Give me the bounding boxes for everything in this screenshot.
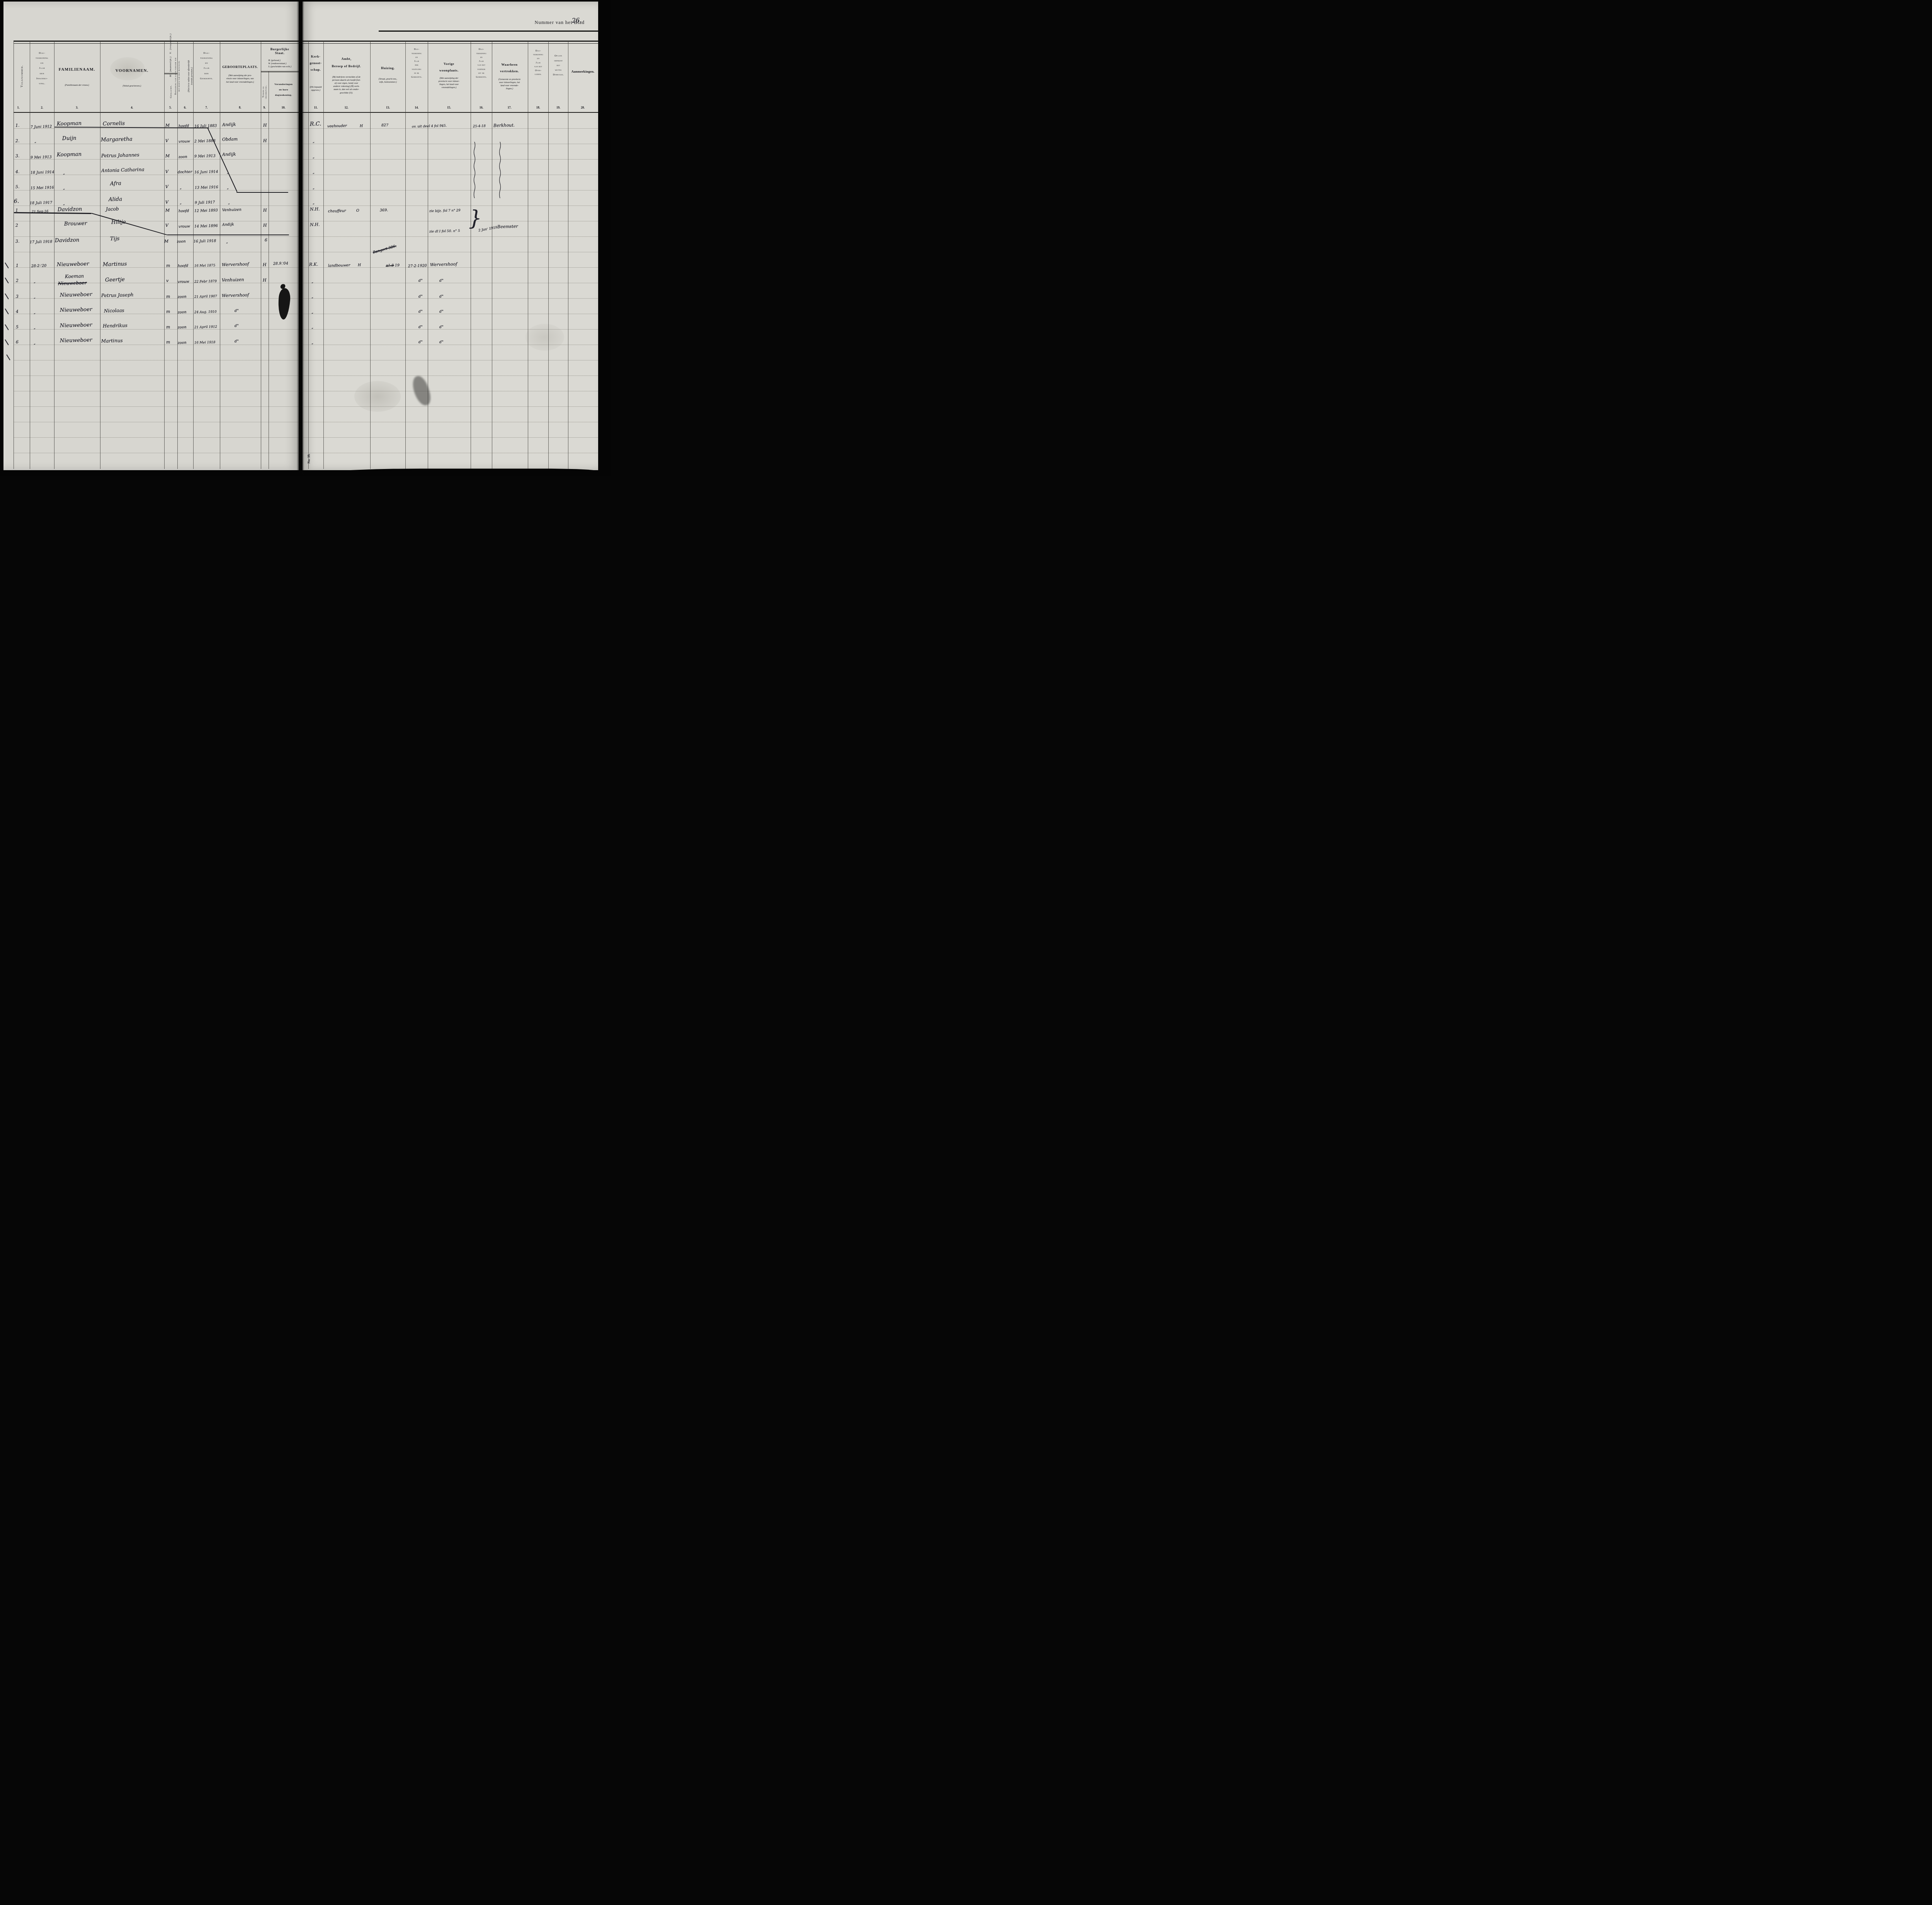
entry-datum-ditto: „ [34,295,36,299]
entry-kerkgenootschap: R.C. [310,121,321,127]
group-divider [261,71,299,71]
entry-geboortedatum: 21 April 1907 [194,294,217,299]
entry-familienaam: Koopman [57,120,82,127]
col3-number: 3. [76,106,78,109]
entry-familienaam-ditto: „ [63,186,65,190]
entry-geslacht: V [165,184,168,189]
entry-geslacht: v [166,278,169,283]
entry-burgerlijke-staat: H [263,278,267,283]
col12-subnote: (Bij bedrijven vermelden of de persoon d… [332,76,361,95]
entry-geslacht: M [164,239,169,244]
form-number: No. 39. [307,454,311,464]
entry-geslacht: m [166,294,170,299]
col-line [308,41,309,469]
col9-10-legend: H. (gehuwd.) W. (weduwenstaat.) S. (gesc… [268,59,291,68]
page-fold [297,0,304,476]
entry-volgnummer: 6 [16,340,19,345]
entry-geboortedatum: 16 Mei 1875 [194,263,216,268]
entry-datum: 18 Juli 1917 [30,201,53,206]
col19-number: 19. [556,106,560,109]
col1-number: 1. [17,106,19,109]
col14-header: Dag- teekening en Jaar der vestiging in … [411,48,422,79]
col17-subnote: (Gemeente en provincie voor inboorlingen… [498,78,520,90]
entry-kerkgenootschap: R.K. [309,262,318,267]
entry-familienaam: Nieuweboer [60,306,92,313]
entry-kerk-ditto: „ [311,341,313,345]
col10-number: 10. [282,106,286,109]
entry-familienaam: Nieuweboer [57,261,89,268]
col10-header: Veranderingen en hare dagteekening. [274,82,293,98]
row-guides [303,113,598,468]
col14-number: 14. [415,106,418,109]
col18-number: 18. [536,106,540,109]
entry-volgnummer: 1 [16,263,19,268]
entry-kerk-ditto: „ [311,325,313,330]
entry-geboorteplaats: Wervershoof [222,262,249,267]
col12-number: 12. [344,106,348,109]
col15-subnote: (Met aanwijzing der provincie voor inboo… [439,77,459,89]
group-divider [261,72,299,72]
entry-betrekking: hoofd [179,209,189,214]
entry-geboortedatum: 24 Aug. 1910 [194,310,217,314]
entry-geboorteplaats: Obdam [222,136,238,142]
col13-header: Huizing. [381,66,395,70]
entry-geboorteplaats: Wervershoof [222,292,249,298]
col13-subnote: (Straat, gracht enz., wijk, huisnommer.) [379,78,397,84]
scan-edge [0,0,3,476]
col20-header: Aanmerkingen. [571,70,594,73]
entry-betrekking: vrouw [179,224,190,229]
col-line [370,41,371,469]
col5-number: 5. [169,106,172,109]
entry-geslacht: M [165,153,170,158]
entry-geslacht: m [166,309,170,314]
col4-subnote: (Voluit geschreven.) [123,85,141,88]
col8-subnote: (Met aanwijzing der pro- vincie voor inb… [226,74,254,83]
entry-vestiging-ditto: d° [418,325,423,329]
scan-edge [598,0,611,476]
entry-datum: 7 Juni 1912 [31,124,52,129]
col17-header: Waarheen vertrokken. [500,61,519,75]
col9-header: Tijdens de inschrijving. [262,85,267,99]
entry-voornamen: Nicolaas [104,308,124,313]
entry-voornamen: Martinus [102,261,127,268]
entry-familienaam-ditto: „ [63,171,65,175]
entry-vestiging-datum: 27-2-1920 [408,263,427,268]
entry-datum: 15 Mei 1916 [31,185,54,190]
col16-number: 16. [480,106,483,109]
entry-vertrek-datum: 25-4-18 [473,124,486,128]
col11-number: 11. [314,106,318,109]
entry-betrekking: hoofd [178,264,188,269]
scan-edge [0,0,611,2]
entry-volgnummer: 4 [16,309,19,314]
entry-geslacht: V [165,223,168,228]
entry-huizing: 369. [380,208,388,213]
entry-kerk-ditto: „ [313,201,315,205]
entry-waarheen: Beemster [497,224,518,229]
col-line [14,41,14,469]
entry-datum: 18 Juni 1914 [31,170,54,175]
entry-volgnummer: 3 [16,294,19,299]
entry-geboortedatum: 16 Mei 1918 [194,340,216,345]
entry-beroep: landbouwer [328,263,350,268]
entry-familienaam: Davidzon [57,206,82,213]
table-rule [14,112,598,113]
entry-familienaam: Nieuweboer [60,337,92,344]
entry-familienaam: Nieuweboer [60,321,92,328]
entry-geboorteplaats-ditto: d° [235,339,239,343]
col19-header: Opgave omtrent het wettig Domicilie. [553,54,564,77]
entry-voornamen: Alida [109,196,122,203]
entry-betrekking: zoon [178,295,187,299]
entry-familienaam-struck: Nieuweboer [58,280,87,286]
entry-volgnummer: 6. [14,198,19,204]
entry-geboortedatum: 16 Juli 1918 [194,239,216,244]
entry-vorige-woonplaats-ditto: d° [439,325,444,329]
entry-geboorteplaats: Andijk [222,152,236,157]
header-rule [379,31,598,32]
entry-geboortedatum: 16 Juni 1914 [194,170,218,175]
blad-number: 26. [571,16,582,24]
entry-geslacht: m [166,325,170,330]
col6-number: 6. [184,106,186,109]
entry-beroep-marker: O [356,209,359,213]
entry-vorige-woonplaats-ditto: d° [439,294,444,299]
col7-header: Dag- teekening en Jaar der Geboorte. [200,51,213,82]
entry-geboortedatum: 12 Mei 1893 [194,208,218,213]
entry-geboorteplaats-ditto: „ [228,201,230,205]
col16-header: Dag- teekening en Jaar van het vertrek u… [476,48,487,79]
entry-voornamen: Petrus Johannes [101,152,139,158]
entry-burgerlijke-staat: H [263,207,267,212]
entry-kerk-ditto: „ [313,170,315,175]
entry-voornamen: Jacob [105,206,119,212]
entry-voornamen: Afra [110,180,121,187]
entry-kerk-ditto: „ [313,155,315,159]
entry-burgerlijke-staat: H [263,138,267,143]
entry-vestiging-ditto: d° [418,294,423,299]
entry-vorige-woonplaats-ditto: d° [439,279,444,283]
col2-number: 2. [41,106,43,109]
entry-vorige-woonplaats: ov. uit deel 4 fol 945. [412,124,447,129]
entry-geboorteplaats: Venhuizen [222,207,241,212]
entry-kerk-ditto: „ [311,310,313,314]
entry-vestiging-ditto: d° [418,279,423,283]
col-line [492,41,492,469]
entry-beroep-marker: H [360,124,363,128]
col1-header: Volgnommer. [20,65,24,87]
entry-geboortedatum: 21 April 1912 [194,325,217,330]
col2-header: Dag- teekening en Jaar der Inschrij- vin… [36,51,48,87]
entry-geboorteplaats: Andijk [222,222,234,227]
entry-beroep: chauffeur [328,209,346,214]
entry-betrekking-ditto: „ [180,201,182,205]
col8-header: GEBOORTEPLAATS. [222,65,258,69]
col-line [177,41,178,469]
col4-header: VOORNAMEN. [116,69,149,73]
entry-datum-ditto: „ [34,139,36,144]
col-line [471,41,471,469]
entry-burgerlijke-staat: H [263,223,267,228]
strike-line [167,235,289,235]
col-line [405,41,406,469]
row-guides [14,113,299,468]
entry-volgnummer: 3. [15,239,19,244]
entry-kerk-ditto: „ [311,280,313,284]
entry-familienaam: Nieuweboer [60,291,92,298]
entry-kerk-ditto: „ [313,139,315,144]
entry-datum-ditto: „ [34,311,36,315]
entry-geboorteplaats-ditto: d° [235,324,239,328]
col7-number: 7. [205,106,207,109]
col-line [269,71,269,469]
col-line [164,41,165,469]
col-line [220,41,220,469]
col13-number: 13. [386,106,390,109]
entry-vorige-woonplaats-ditto: d° [439,309,444,314]
entry-geboortedatum: 14 Mei 1896 [194,224,218,229]
col3-header: FAMILIENAAM. [59,68,95,72]
entry-voornamen: Margaretha [101,136,133,143]
col-line [548,41,549,469]
col6-header: Betrekking van elken persoon tot het hoo… [174,58,181,95]
entry-voornamen: Antonia Catharina [101,167,145,173]
entry-voornamen: Cornelis [102,120,125,127]
entry-geboorteplaats-ditto: d° [235,309,239,313]
entry-geslacht: V [165,169,168,174]
col-line [323,41,324,469]
entry-geslacht: m [166,263,170,268]
col4-number: 4. [131,106,133,109]
ditto-squiggle [473,142,476,198]
entry-vestiging-ditto: d° [418,340,423,344]
entry-geslacht: m [166,340,170,345]
col17-number: 17. [508,106,512,109]
col-line [30,41,30,469]
col-line [54,41,54,469]
entry-verandering-datum: 28.9.'04 [273,261,288,266]
entry-geboortedatum: 13 Mei 1916 [195,185,218,190]
entry-kerkgenootschap: N.H. [310,222,320,227]
col6-subnote: (Niet in te vullen voor afzonderlijk lev… [187,58,194,95]
col20-number: 20. [581,106,585,109]
entry-volgnummer: 1. [15,123,19,128]
entry-voornamen: Tijs [110,236,119,242]
entry-huizing: 827 [381,123,388,127]
entry-volgnummer: 5 [16,325,19,330]
entry-beroep: veehouder [327,124,347,128]
entry-familienaam: Brouwer [64,220,87,227]
col8-number: 8. [239,106,241,109]
entry-geboortedatum: 9 Juli 1917 [195,200,215,205]
entry-betrekking: zoon [179,155,187,159]
entry-betrekking: dochter [178,170,192,175]
entry-betrekking: zoon [178,325,187,330]
entry-familienaam-correction: Koeman [65,273,84,279]
entry-datum-ditto: „ [34,326,36,330]
entry-kerk-ditto: „ [313,186,315,190]
entry-burgerlijke-staat: H [263,262,267,267]
entry-betrekking: vrouw [178,279,189,284]
entry-datum: 9 Mei 1913 [31,155,52,160]
col15-header: Vorige woonplaats. [439,61,459,74]
entry-kerkgenootschap: N.H. [310,207,320,212]
col15-number: 15. [447,106,451,109]
entry-volgnummer: 2 [15,223,18,228]
col9-10-group-header: Burgerlijke Staat. [270,47,289,55]
col11-header: Kerk- genoot- schap. [310,53,321,73]
entry-geboorteplaats: Venhuizen [222,277,244,283]
entry-datum: 28-2-'20 [31,264,46,269]
entry-datum: 17 Juli 1918 [30,240,53,245]
col11-subnote: (Elk bepaald opgeven.) [310,86,322,92]
entry-geboorteplaats-ditto: „ [226,240,228,244]
entry-volgnummer: 3. [15,153,19,158]
entry-voornamen: Hendrikus [102,323,127,329]
entry-betrekking: zoon [178,310,187,314]
entry-datum-ditto: „ [34,341,36,345]
entry-volgnummer: 4. [15,169,19,174]
entry-familienaam: Duijn [62,135,77,142]
entry-familienaam: Koopman [57,151,82,158]
entry-burgerlijke-staat: H [263,123,267,128]
entry-geslacht: V [165,200,168,205]
entry-geslacht: M [165,207,170,212]
col-line [428,41,428,469]
col-line [100,41,100,469]
entry-geboortedatum: 9 Mei 1913 [194,154,216,159]
entry-datum-ditto: „ [34,280,36,284]
entry-voornamen: Martinus [101,338,123,344]
entry-volgnummer: 2. [15,138,19,143]
entry-geboorteplaats: Andijk [222,122,236,127]
entry-waarheen: Berkhout. [493,122,515,128]
strike-line [236,192,288,193]
entry-volgnummer: 2 [16,278,19,283]
entry-vorige-woonplaats-ditto: d° [439,340,444,344]
entry-geboorteplaats-ditto: „ [226,186,228,190]
entry-voornamen: Geertje [105,277,125,283]
entry-betrekking: zoon [177,240,186,244]
register-scan: Nummer van het Blad 26. Volgnommer. Dag-… [0,0,611,476]
col18-header: Dag- teekening en Jaar van het Over- lij… [533,49,543,77]
col-line [261,41,261,469]
ditto-squiggle [498,142,502,198]
entry-betrekking: zoon [178,340,187,345]
entry-geboortedatum: 22 Febr 1879 [194,279,217,284]
entry-betrekking-ditto: „ [180,186,182,190]
col3-subnote: (Familienaam der vrouw.) [65,84,89,87]
entry-voornamen: Petrus Joseph [101,292,134,298]
entry-volgnummer: 5. [15,184,19,189]
col-line [568,41,568,469]
entry-brace: } [469,206,482,230]
entry-familienaam-ditto: „ [63,201,65,206]
entry-familienaam: Davidzon [55,237,80,244]
entry-vestiging-ditto: d° [418,309,423,314]
entry-geslacht: V [165,138,168,143]
col12-header: Ambt, Beroep of Bedrijf. [332,55,361,70]
entry-beroep-marker: H [358,263,361,267]
col9-number: 9. [264,106,266,109]
table-rule [14,43,598,44]
entry-vorige-woonplaats: Wervershoof [430,262,457,267]
col-line [193,41,194,469]
entry-kerk-ditto: „ [311,295,313,299]
entry-burgerlijke-staat: 6 [264,238,267,243]
table-rule [14,41,598,42]
entry-betrekking: vrouw [179,139,190,144]
col-line [528,41,528,469]
